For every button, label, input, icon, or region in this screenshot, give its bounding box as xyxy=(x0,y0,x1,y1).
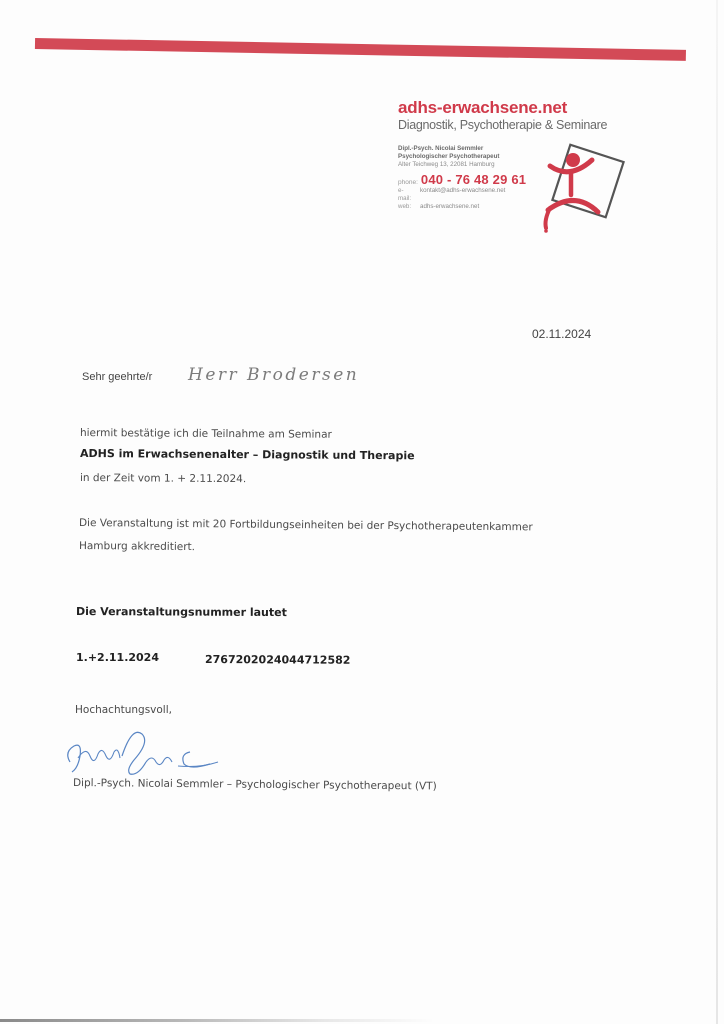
letter-date: 02.11.2024 xyxy=(532,327,591,341)
event-number-heading: Die Veranstaltungsnummer lautet xyxy=(76,605,287,619)
scanned-letter-page: adhs-erwachsene.net Diagnostik, Psychoth… xyxy=(0,0,724,1024)
page-bottom-shadow xyxy=(0,1019,724,1022)
email-address: kontakt@adhs-erwachsene.net xyxy=(420,187,505,203)
letterhead-accent-bar xyxy=(35,38,686,61)
brand-name: adhs-erwachsene.net xyxy=(398,98,628,118)
phone-label: phone: xyxy=(398,179,418,187)
person-in-square-logo-icon xyxy=(540,140,628,235)
salutation: Sehr geehrte/r xyxy=(82,371,152,383)
web-label: web: xyxy=(398,203,416,211)
seminar-period: in der Zeit vom 1. + 2.11.2024. xyxy=(80,472,246,485)
accreditation-text-line2: Hamburg akkreditiert. xyxy=(79,540,195,553)
phone-number: 040 - 76 48 29 61 xyxy=(421,176,526,184)
accreditation-text-line1: Die Veranstaltung ist mit 20 Fortbildung… xyxy=(79,517,533,533)
event-number: 2767202024044712582 xyxy=(205,653,351,667)
handwritten-signature-icon xyxy=(60,722,220,778)
seminar-title: ADHS im Erwachsenenalter – Diagnostik un… xyxy=(80,447,415,462)
confirmation-text: hiermit bestätige ich die Teilnahme am S… xyxy=(80,427,332,441)
recipient-handwritten: Herr Brodersen xyxy=(188,365,359,385)
brand-tagline: Diagnostik, Psychotherapie & Seminare xyxy=(398,118,628,133)
email-label: e-mail: xyxy=(398,187,416,203)
event-dates: 1.+2.11.2024 xyxy=(76,651,159,664)
page-edge-shadow xyxy=(716,0,718,1024)
closing: Hochachtungsvoll, xyxy=(75,704,172,716)
web-address: adhs-erwachsene.net xyxy=(420,203,479,211)
signer-name: Dipl.-Psych. Nicolai Semmler – Psycholog… xyxy=(73,777,437,792)
